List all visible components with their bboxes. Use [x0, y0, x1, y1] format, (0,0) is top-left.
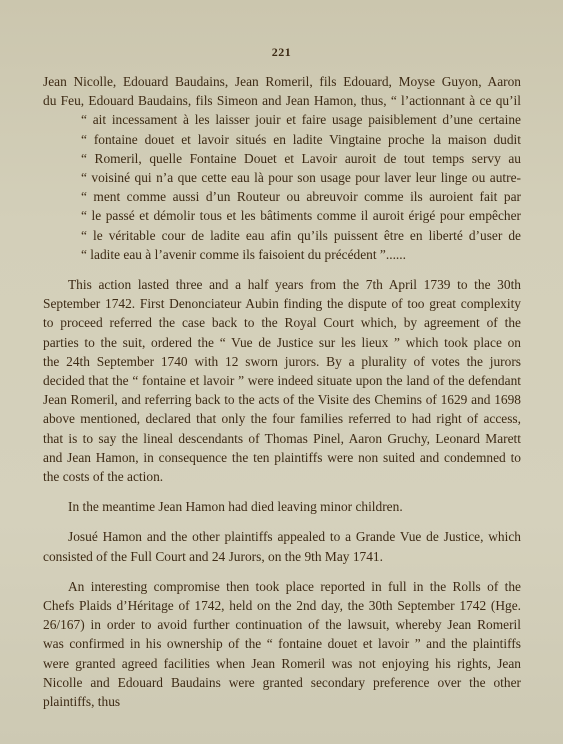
- text-line: and Jean Hamon, in consequence the ten p…: [43, 448, 521, 467]
- text-line: were granted agreed facilities when Jean…: [43, 654, 521, 673]
- text-line: Jean Nicolle, Edouard Baudains, Jean Rom…: [43, 72, 521, 91]
- quote-line: “ Romeril, quelle Fontaine Douet et Lavo…: [81, 149, 521, 168]
- text-line: This action lasted three and a half year…: [43, 275, 521, 294]
- paragraph-action-duration: This action lasted three and a half year…: [43, 275, 521, 486]
- text-line: An interesting compromise then took plac…: [43, 577, 521, 596]
- text-line: that is to say the lineal descendants of…: [43, 429, 521, 448]
- text-line: parties to the suit, ordered the “ Vue d…: [43, 333, 521, 352]
- book-page: 221 Jean Nicolle, Edouard Baudains, Jean…: [0, 0, 563, 744]
- quote-line: “ ladite eau à l’avenir comme ils faisoi…: [81, 245, 521, 264]
- quote-line: “ voisiné qui n’a que cette eau là pour …: [81, 168, 521, 187]
- text-line: above mentioned, declared that only the …: [43, 409, 521, 428]
- quote-line: “ le véritable cour de ladite eau afin q…: [81, 226, 521, 245]
- text-line: September 1742. First Denonciateur Aubin…: [43, 294, 521, 313]
- intro-paragraph: Jean Nicolle, Edouard Baudains, Jean Rom…: [43, 72, 521, 110]
- text-line: consisted of the Full Court and 24 Juror…: [43, 547, 521, 566]
- text-line: plaintiffs, thus: [43, 692, 521, 711]
- text-line: du Feu, Edouard Baudains, fils Simeon an…: [43, 91, 521, 110]
- text-line: was confirmed in his ownership of the “ …: [43, 634, 521, 653]
- text-line: the costs of the action.: [43, 467, 521, 486]
- quote-line: “ fontaine douet et lavoir situés en lad…: [81, 130, 521, 149]
- body-text: Jean Nicolle, Edouard Baudains, Jean Rom…: [43, 72, 521, 711]
- quote-line: “ ait incessament à les laisser jouir et…: [81, 110, 521, 129]
- quote-line: “ ment comme aussi d’un Routeur ou abreu…: [81, 187, 521, 206]
- text-line: Jean Romeril, and referring back to the …: [43, 390, 521, 409]
- page-number: 221: [0, 45, 563, 60]
- french-quotation: “ ait incessament à les laisser jouir et…: [43, 110, 521, 264]
- text-line: Josué Hamon and the other plaintiffs app…: [43, 527, 521, 546]
- text-line: to proceed referred the case back to the…: [43, 313, 521, 332]
- text-line: In the meantime Jean Hamon had died leav…: [43, 497, 521, 516]
- quote-line: “ le passé et démolir tous et les bâtime…: [81, 206, 521, 225]
- text-line: Chefs Plaids d’Héritage of 1742, held on…: [43, 596, 521, 615]
- text-line: 26/167) in order to avoid further contin…: [43, 615, 521, 634]
- text-line: decided that the “ fontaine et lavoir ” …: [43, 371, 521, 390]
- paragraph-appeal: Josué Hamon and the other plaintiffs app…: [43, 527, 521, 565]
- text-line: the 24th September 1740 with 12 sworn ju…: [43, 352, 521, 371]
- text-line: Nicolle and Edouard Baudains were grante…: [43, 673, 521, 692]
- paragraph-meantime: In the meantime Jean Hamon had died leav…: [43, 497, 521, 516]
- paragraph-compromise: An interesting compromise then took plac…: [43, 577, 521, 711]
